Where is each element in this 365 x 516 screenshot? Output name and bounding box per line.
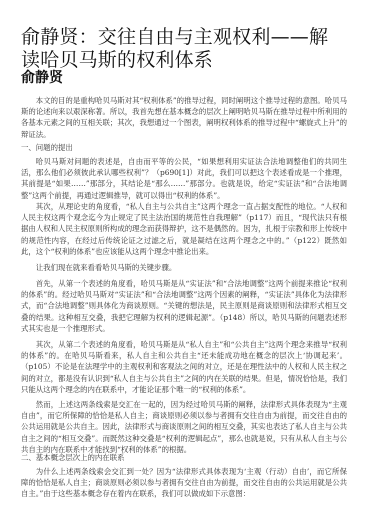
body-paragraph: 其次，从理论史的角度看，“私人自主与公共自主”这两个理念一直占据支配性的地位。“…	[21, 201, 347, 257]
abstract-paragraph: 本文的目的是重构哈贝马斯对其“权利体系”的推导过程，同时阐明这个推导过程的意图。…	[21, 95, 347, 140]
section-heading-2: 二、基本概念层次上的内在联系	[21, 452, 124, 463]
body-paragraph: 让我们现在就来看看哈贝马斯的关键步骤。	[21, 262, 347, 273]
body-paragraph: 其次，从第二个表述的角度看，哈贝马斯是从“私人自主”和“公共自主”这两个理念来推…	[21, 339, 347, 395]
section-heading-1: 一、问题的提出	[21, 142, 73, 153]
document-title: 俞静贤：交往自由与主观权利——解读哈贝马斯的权利体系	[21, 26, 347, 72]
author-name: 俞静贤	[21, 70, 63, 86]
body-paragraph: 哈贝马斯对问题的表述是，自由而平等的公民，“如果想利用实证法合法地调整他们的共同…	[21, 156, 347, 201]
body-paragraph: 首先，从第一个表述的角度看，哈贝马斯是从“实证法”和“合法地调整”这两个前提来推…	[21, 278, 347, 334]
body-paragraph: 为什么上述两条线索会交汇到一处？因为“法律形式具体表现为‘主观（行动）自由’，而…	[21, 466, 347, 500]
body-paragraph: 然而，上述这两条线索是交汇在一起的，因为经过哈贝马斯的阐释，法律形式具体表现为“…	[21, 399, 347, 455]
